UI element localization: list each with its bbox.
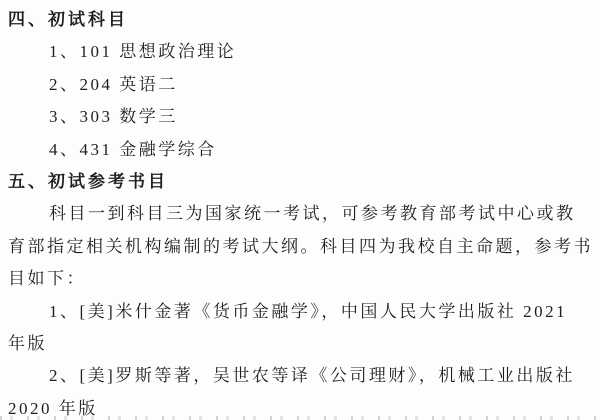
document-page: 四、初试科目 1、101 思想政治理论 2、204 英语二 3、303 数学三 … xyxy=(0,0,600,420)
section-4-heading: 四、初试科目 xyxy=(0,4,600,36)
section-5-heading: 五、初试参考书目 xyxy=(0,166,600,198)
paragraph-line-1: 科目一到科目三为国家统一考试，可参考教育部考试中心或教 xyxy=(0,198,600,230)
paragraph-line-3: 目如下： xyxy=(0,263,600,295)
next-line-cutoff-artifact xyxy=(0,416,600,420)
exam-subject-4: 4、431 金融学综合 xyxy=(0,134,600,166)
reference-1-line-1: 1、[美]米什金著《货币金融学》，中国人民大学出版社 2021 xyxy=(0,296,600,328)
exam-subject-3: 3、303 数学三 xyxy=(0,101,600,133)
exam-subject-1: 1、101 思想政治理论 xyxy=(0,36,600,68)
reference-1-line-2: 年版 xyxy=(0,328,600,360)
exam-subject-2: 2、204 英语二 xyxy=(0,69,600,101)
paragraph-line-2: 育部指定相关机构编制的考试大纲。科目四为我校自主命题，参考书 xyxy=(0,231,600,263)
reference-2-line-1: 2、[美]罗斯等著，吴世农等译《公司理财》，机械工业出版社 xyxy=(0,360,600,392)
